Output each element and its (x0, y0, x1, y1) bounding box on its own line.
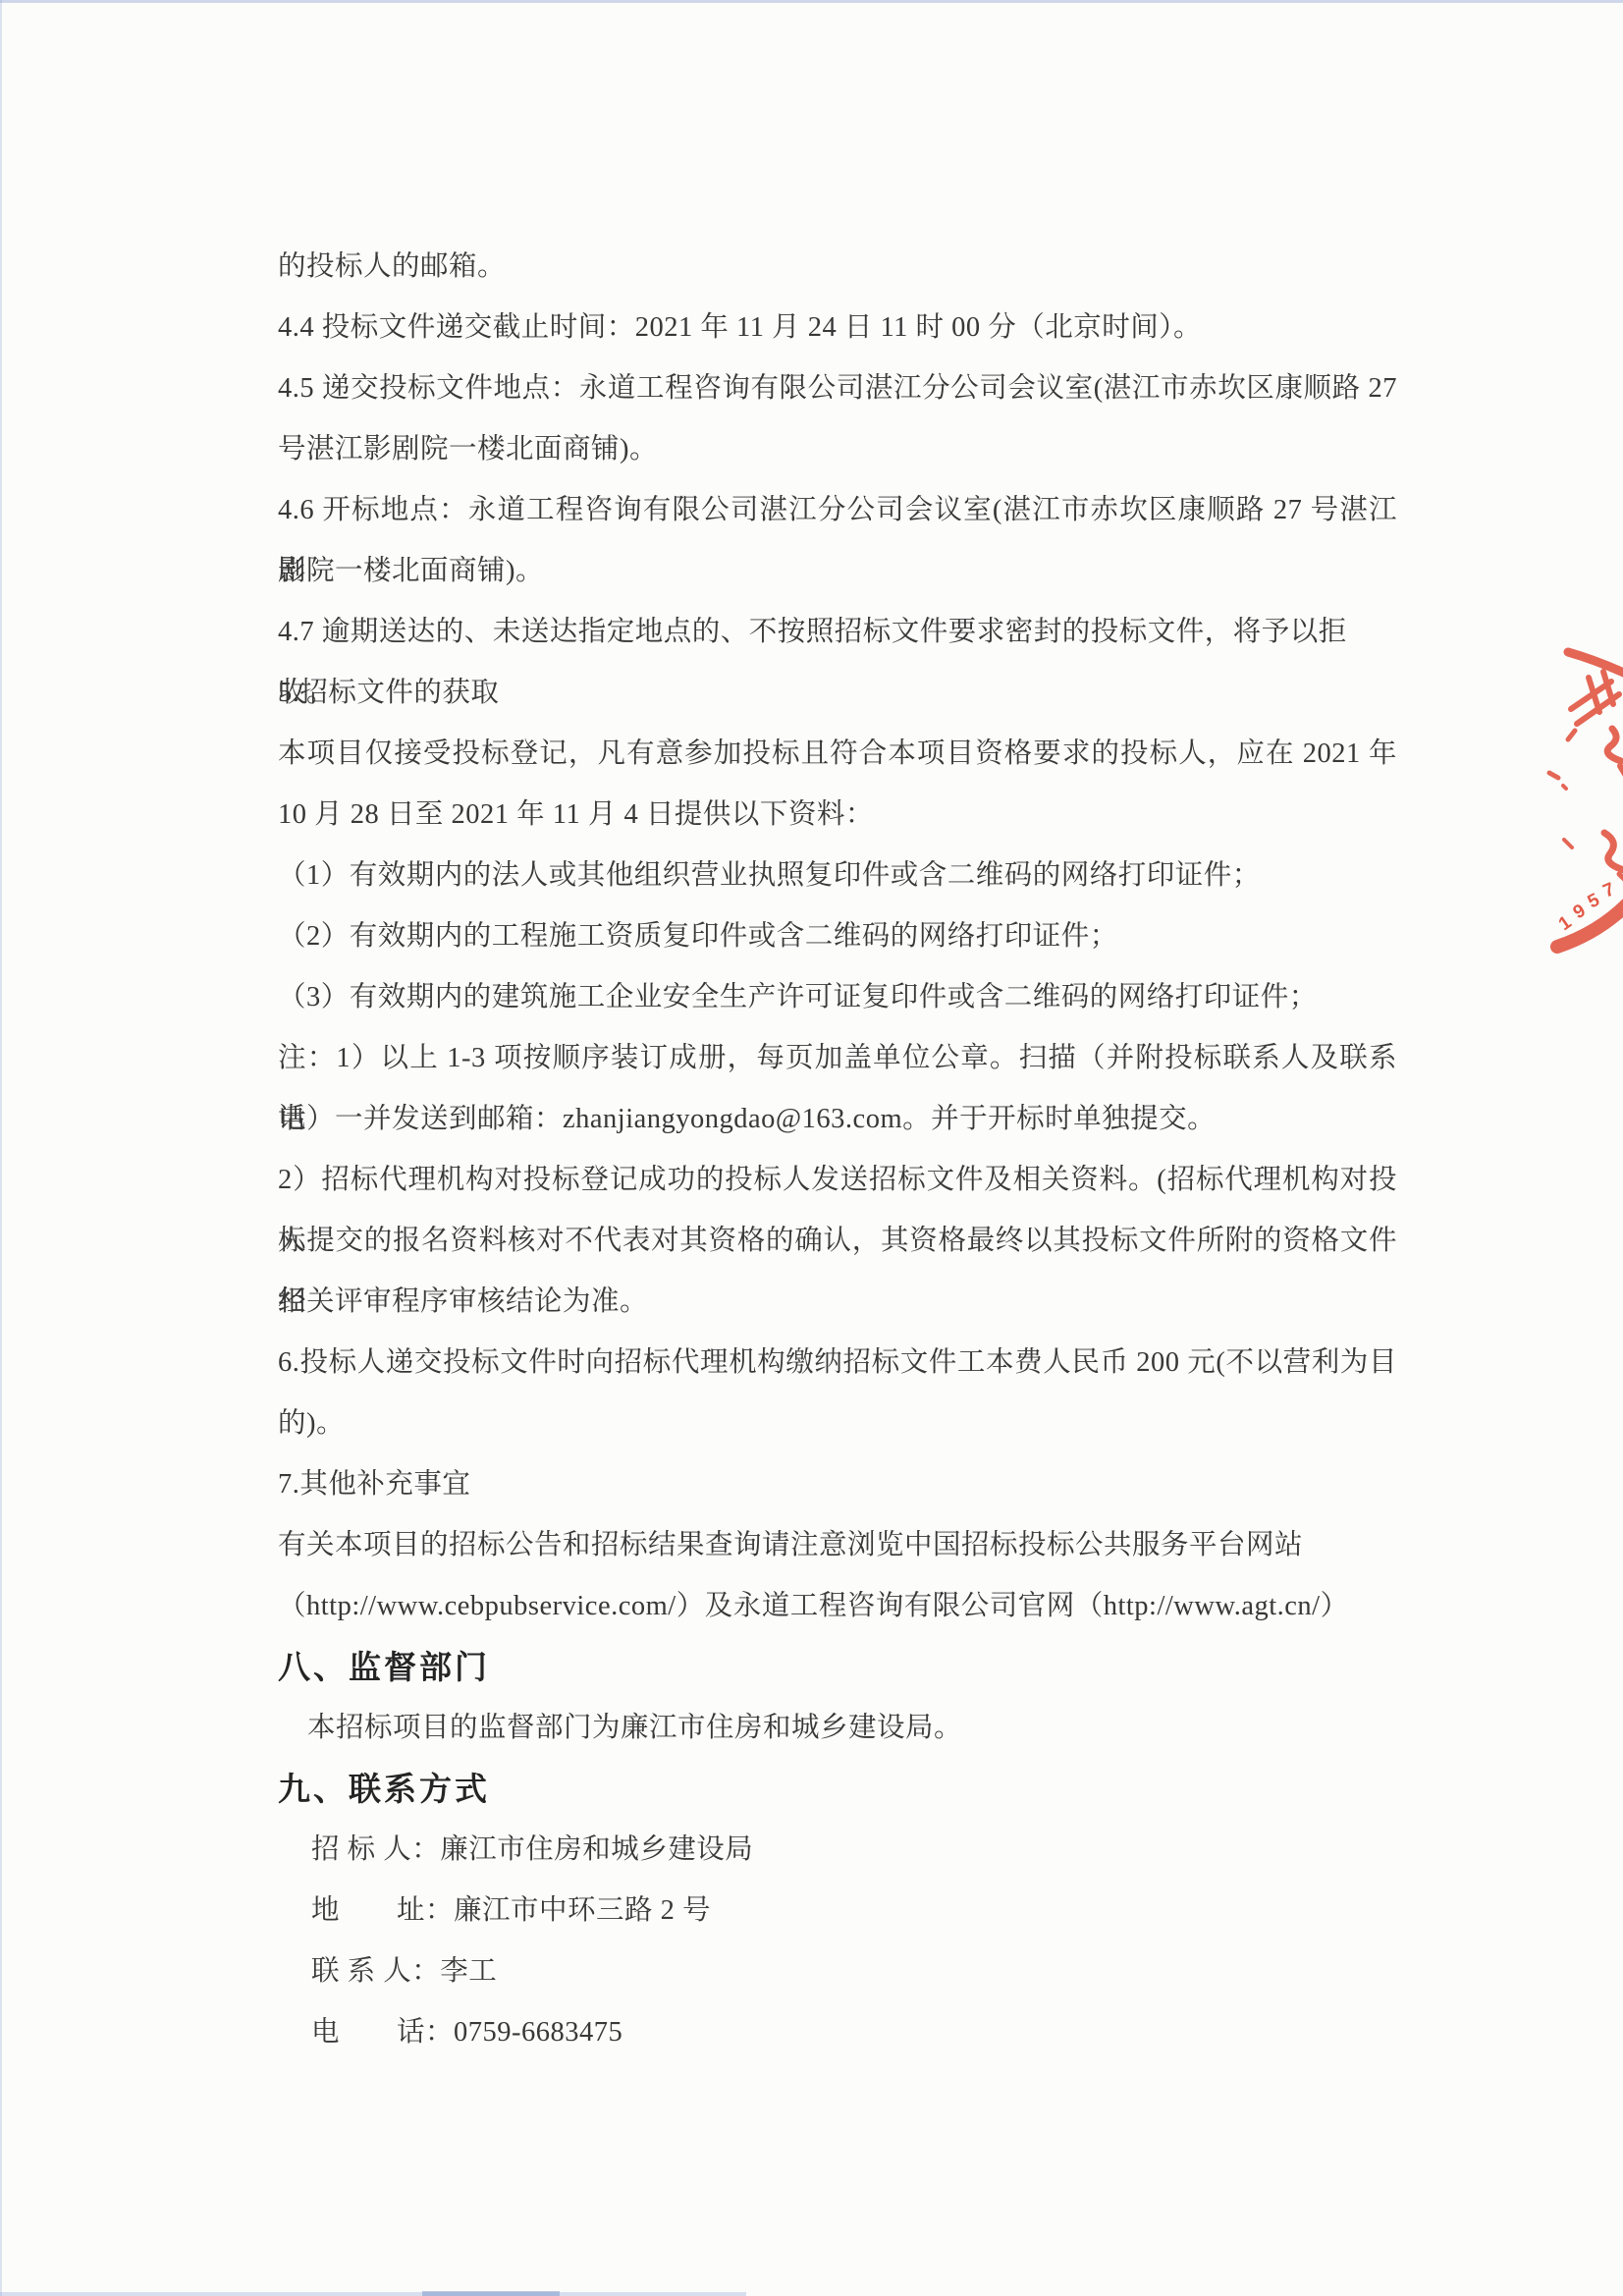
doc-line: 本项目仅接受投标登记，凡有意参加投标且符合本项目资格要求的投标人，应在 2021… (278, 724, 1397, 785)
seal-speckle (1563, 786, 1566, 789)
doc-line-section7-title: 7.其他补充事宜 (278, 1454, 1397, 1515)
doc-line-rejection-rule: 4.7 逾期送达的、未送达指定地点的、不按照招标文件要求密封的投标文件，将予以拒… (278, 602, 1397, 663)
seal-character-fragment (1604, 833, 1623, 870)
doc-line: 有关本项目的招标公告和招标结果查询请注意浏览中国招标投标公共服务平台网站 (278, 1515, 1397, 1576)
scan-edge-artifact-top (0, 0, 1623, 3)
doc-line-fee: 6.投标人递交投标文件时向招标代理机构缴纳招标文件工本费人民币 200 元(不以… (278, 1333, 1397, 1394)
doc-line-submit-place: 4.5 递交投标文件地点：永道工程咨询有限公司湛江分公司会议室(湛江市赤坎区康顺… (278, 358, 1397, 419)
scan-edge-artifact-bottom (0, 2292, 746, 2296)
doc-line: 10 月 28 日至 2021 年 11 月 4 日提供以下资料： (278, 785, 1397, 846)
contact-tenderer-line: 招 标 人：廉江市住房和城乡建设局 (278, 1820, 1397, 1881)
contact-person-line: 联 系 人：李工 (278, 1941, 1397, 2002)
seal-year-digit: 5 (1585, 890, 1603, 913)
doc-line-urls: （http://www.cebpubservice.com/）及永道工程咨询有限… (278, 1576, 1397, 1637)
seal-character-fragment (1568, 731, 1575, 739)
doc-line-supervision-body: 本招标项目的监督部门为廉江市住房和城乡建设局。 (278, 1698, 1397, 1759)
doc-line: 的)。 (278, 1394, 1397, 1454)
seal-year-digit: 7 (1600, 879, 1618, 902)
seal-speckle (1549, 773, 1558, 778)
seal-arc-top (1568, 652, 1623, 674)
doc-line: 人提交的报名资料核对不代表对其资格的确认，其资格最终以其投标文件所附的资格文件经 (278, 1211, 1397, 1272)
doc-line-material-2: （2）有效期内的工程施工资质复印件或含二维码的网络打印证件； (278, 906, 1397, 967)
doc-line: 相关评审程序审核结论为准。 (278, 1272, 1397, 1333)
doc-line-note-1: 注：1）以上 1-3 项按顺序装订成册，每页加盖单位公章。扫描（并附投标联系人及… (278, 1028, 1397, 1089)
doc-line: 剧院一楼北面商铺)。 (278, 541, 1397, 602)
doc-line-section5-title: 5.招标文件的获取 (278, 663, 1397, 724)
heading-supervision-dept: 八、监督部门 (278, 1637, 1397, 1698)
doc-line-email: 话）一并发送到邮箱：zhanjiangyongdao@163.com。并于开标时… (278, 1089, 1397, 1150)
seal-year-digit: 9 (1570, 901, 1590, 923)
contact-phone-line: 电 话：0759-6683475 (278, 2002, 1397, 2063)
contact-address-line: 地 址：廉江市中环三路 2 号 (278, 1881, 1397, 1941)
seal-year-digit: 1 (1555, 912, 1576, 936)
official-seal-stamp: 1 9 5 7 (1512, 589, 1623, 1002)
doc-line: 的投标人的邮箱。 (278, 237, 1397, 298)
document-text-block: 的投标人的邮箱。 4.4 投标文件递交截止时间：2021 年 11 月 24 日… (278, 237, 1397, 2063)
seal-stroke-group (1549, 652, 1623, 947)
doc-line-note-2: 2）招标代理机构对投标登记成功的投标人发送招标文件及相关资料。(招标代理机构对投… (278, 1150, 1397, 1211)
doc-line-material-3: （3）有效期内的建筑施工企业安全生产许可证复印件或含二维码的网络打印证件； (278, 967, 1397, 1028)
scan-edge-artifact-left (0, 0, 2, 2296)
doc-line-material-1: （1）有效期内的法人或其他组织营业执照复印件或含二维码的网络打印证件； (278, 846, 1397, 906)
scanned-document-page: 的投标人的邮箱。 4.4 投标文件递交截止时间：2021 年 11 月 24 日… (0, 0, 1623, 2296)
doc-line-opening-place: 4.6 开标地点：永道工程咨询有限公司湛江分公司会议室(湛江市赤坎区康顺路 27… (278, 480, 1397, 541)
scan-edge-artifact-bottom (422, 2291, 560, 2296)
doc-line: 号湛江影剧院一楼北面商铺)。 (278, 419, 1397, 480)
seal-character-fragment (1607, 729, 1621, 761)
heading-contact-info: 九、联系方式 (278, 1759, 1397, 1820)
seal-character-fragment (1619, 874, 1623, 880)
doc-line-deadline: 4.4 投标文件递交截止时间：2021 年 11 月 24 日 11 时 00 … (278, 298, 1397, 358)
seal-speckle (1564, 840, 1572, 847)
